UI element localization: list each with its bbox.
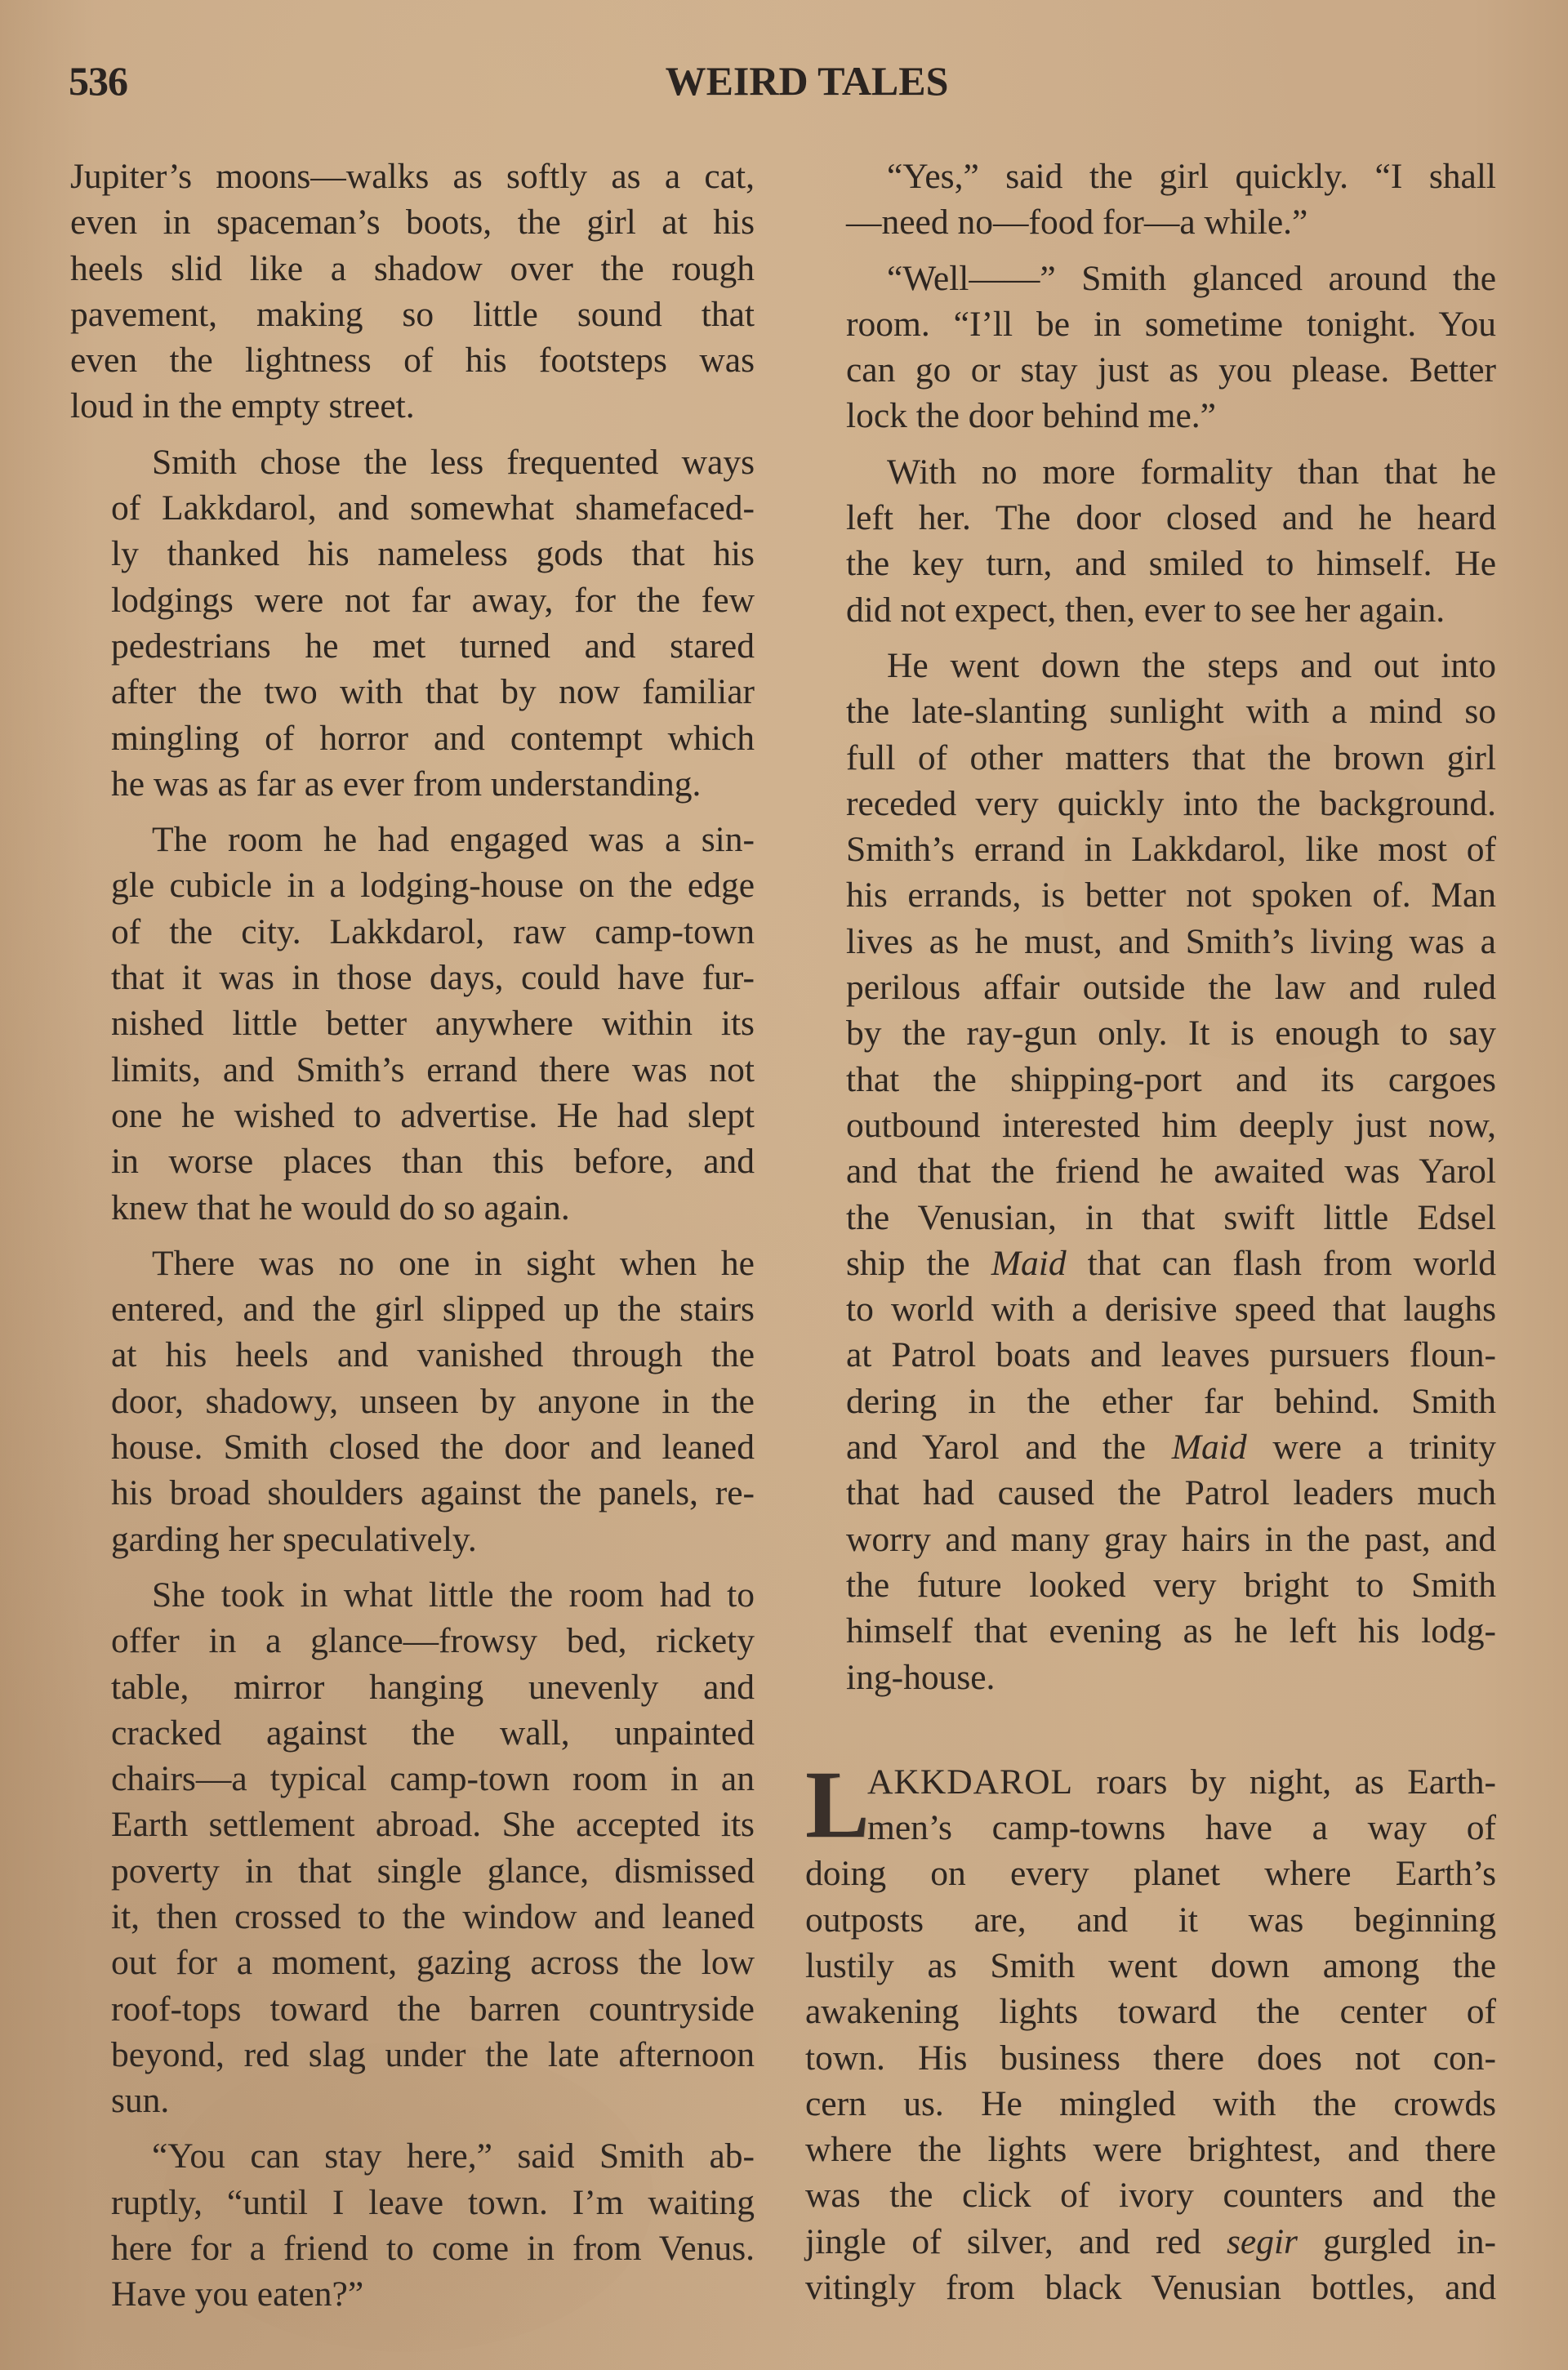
text-line: the key turn, and smiled to himself. He (805, 541, 1496, 586)
left-column: Jupiter’s moons—walks as softly as a cat… (70, 154, 755, 2328)
paragraph: Smith chose the less frequented ways of … (70, 439, 755, 807)
text-line: ly thanked his nameless gods that his (70, 531, 755, 577)
text-line: and Yarol and the Maid were a trinity (805, 1424, 1496, 1470)
text-line: “Well——” Smith glanced around the (805, 256, 1496, 301)
text-line: and that the friend he awaited was Yarol (805, 1148, 1496, 1194)
text-line: his broad shoulders against the panels, … (70, 1470, 755, 1516)
paragraph: With no more formality than that he left… (805, 449, 1496, 633)
ship-name-italic: Maid (1172, 1428, 1247, 1467)
text-line: nished little better anywhere within its (70, 1000, 755, 1046)
text-line: garding her speculatively. (70, 1517, 755, 1562)
small-caps-word: AKKDAROL (867, 1762, 1073, 1802)
text-line: There was no one in sight when he (70, 1241, 755, 1286)
text-segment: gurgled in- (1298, 2222, 1496, 2261)
text-line: that the shipping-port and its cargoes (805, 1057, 1496, 1103)
text-line: loud in the empty street. (70, 383, 755, 429)
text-line: With no more formality than that he (805, 449, 1496, 495)
text-line: out for a moment, gazing across the low (70, 1940, 755, 1985)
text-line: by the ray-gun only. It is enough to say (805, 1010, 1496, 1056)
text-line: ship the Maid that can flash from world (805, 1241, 1496, 1286)
text-line: door, shadowy, unseen by anyone in the (70, 1379, 755, 1424)
text-line: worry and many gray hairs in the past, a… (805, 1517, 1496, 1562)
text-line: one he wished to advertise. He had slept (70, 1093, 755, 1138)
section-opening-paragraph: L AKKDAROL roars by night, as Earth- men… (805, 1759, 1496, 2311)
text-line: offer in a glance—frowsy bed, rickety (70, 1618, 755, 1664)
text-line: cern us. He mingled with the crowds (805, 2081, 1496, 2127)
text-line: room. “I’ll be in sometime tonight. You (805, 301, 1496, 347)
text-line: here for a friend to come in from Venus. (70, 2225, 755, 2271)
text-line: ing-house. (805, 1655, 1496, 1700)
text-line: the Venusian, in that swift little Edsel (805, 1195, 1496, 1241)
text-line: limits, and Smith’s errand there was not (70, 1047, 755, 1093)
text-line: did not expect, then, ever to see her ag… (805, 587, 1496, 633)
text-line: perilous affair outside the law and rule… (805, 964, 1496, 1010)
text-line: the late-slanting sunlight with a mind s… (805, 688, 1496, 734)
text-line: it, then crossed to the window and leane… (70, 1894, 755, 1940)
text-line: dering in the ether far behind. Smith (805, 1379, 1496, 1424)
text-line: of Lakkdarol, and somewhat shamefaced- (70, 485, 755, 531)
paragraph: The room he had engaged was a sin- gle c… (70, 817, 755, 1231)
text-line: can go or stay just as you please. Bette… (805, 347, 1496, 393)
text-line: jingle of silver, and red segir gurgled … (805, 2219, 1496, 2265)
paragraph: She took in what little the room had to … (70, 1572, 755, 2124)
text-line: He went down the steps and out into (805, 643, 1496, 688)
section-break (805, 1710, 1496, 1759)
text-line: knew that he would do so again. (70, 1185, 755, 1231)
text-line: in worse places than this before, and (70, 1138, 755, 1184)
ship-name-italic: Maid (991, 1244, 1067, 1283)
text-line: chairs—a typical camp-town room in an (70, 1756, 755, 1802)
text-line: Have you eaten?” (70, 2271, 755, 2317)
text-line: doing on every planet where Earth’s (805, 1851, 1496, 1896)
text-line: pavement, making so little sound that (70, 292, 755, 337)
text-line: at Patrol boats and leaves pursuers flou… (805, 1332, 1496, 1378)
paragraph: “Yes,” said the girl quickly. “I shall —… (805, 154, 1496, 246)
text-line: Smith’s errand in Lakkdarol, like most o… (805, 826, 1496, 872)
text-line: table, mirror hanging unevenly and (70, 1664, 755, 1710)
text-line: Earth settlement abroad. She accepted it… (70, 1802, 755, 1847)
text-line: entered, and the girl slipped up the sta… (70, 1286, 755, 1332)
text-line: poverty in that single glance, dismissed (70, 1848, 755, 1894)
text-line: lives as he must, and Smith’s living was… (805, 919, 1496, 964)
text-line: vitingly from black Venusian bottles, an… (805, 2265, 1496, 2310)
text-line: that it was in those days, could have fu… (70, 955, 755, 1000)
paragraph: Jupiter’s moons—walks as softly as a cat… (70, 154, 755, 430)
text-line: full of other matters that the brown gir… (805, 735, 1496, 781)
text-segment: roars by night, as Earth- (1073, 1762, 1496, 1802)
text-line: Smith chose the less frequented ways (70, 439, 755, 485)
text-line: the future looked very bright to Smith (805, 1562, 1496, 1608)
text-line: lustily as Smith went down among the (805, 1943, 1496, 1989)
text-line: roof-tops toward the barren countryside (70, 1986, 755, 2032)
text-line: AKKDAROL roars by night, as Earth- (805, 1759, 1496, 1805)
right-column: “Yes,” said the girl quickly. “I shall —… (805, 154, 1496, 2320)
text-line: outposts are, and it was beginning (805, 1897, 1496, 1943)
text-line: cracked against the wall, unpainted (70, 1710, 755, 1756)
text-line: The room he had engaged was a sin- (70, 817, 755, 862)
text-line: himself that evening as he left his lodg… (805, 1608, 1496, 1654)
text-line: gle cubicle in a lodging-house on the ed… (70, 862, 755, 908)
text-line: town. His business there does not con- (805, 2035, 1496, 2081)
text-line: of the city. Lakkdarol, raw camp-town (70, 909, 755, 955)
text-line: his errands, is better not spoken of. Ma… (805, 872, 1496, 918)
text-segment: that can flash from world (1067, 1244, 1496, 1283)
text-line: —need no—food for—a while.” (805, 199, 1496, 245)
text-line: “You can stay here,” said Smith ab- (70, 2133, 755, 2179)
text-line: beyond, red slag under the late afternoo… (70, 2032, 755, 2078)
text-line: was the click of ivory counters and the (805, 2172, 1496, 2218)
text-line: where the lights were brightest, and the… (805, 2127, 1496, 2172)
text-segment: jingle of silver, and red (805, 2222, 1227, 2261)
text-line: pedestrians he met turned and stared (70, 623, 755, 669)
running-head: 536 WEIRD TALES (69, 57, 1499, 106)
text-line: sun. (70, 2078, 755, 2123)
text-line: men’s camp-towns have a way of (805, 1805, 1496, 1851)
text-segment: ship the (846, 1244, 991, 1283)
text-line: “Yes,” said the girl quickly. “I shall (805, 154, 1496, 199)
text-line: left her. The door closed and he heard (805, 495, 1496, 541)
text-segment: and Yarol and the (846, 1428, 1172, 1467)
magazine-page: 536 WEIRD TALES Jupiter’s moons—walks as… (0, 0, 1568, 2370)
paragraph: He went down the steps and out into the … (805, 643, 1496, 1700)
text-line: awakening lights toward the center of (805, 1989, 1496, 2034)
text-line: heels slid like a shadow over the rough (70, 246, 755, 292)
text-line: outbound interested him deeply just now, (805, 1103, 1496, 1148)
text-line: Jupiter’s moons—walks as softly as a cat… (70, 154, 755, 199)
paragraph: “Well——” Smith glanced around the room. … (805, 256, 1496, 439)
text-line: lodgings were not far away, for the few (70, 577, 755, 623)
segir-italic: segir (1227, 2222, 1298, 2261)
text-line: house. Smith closed the door and leaned (70, 1424, 755, 1470)
text-line: at his heels and vanished through the (70, 1332, 755, 1378)
magazine-title: WEIRD TALES (69, 57, 1499, 105)
text-line: he was as far as ever from understanding… (70, 761, 755, 807)
text-line: to world with a derisive speed that laug… (805, 1286, 1496, 1332)
text-line: She took in what little the room had to (70, 1572, 755, 1618)
paragraph: “You can stay here,” said Smith ab- rupt… (70, 2133, 755, 2317)
text-line: receded very quickly into the background… (805, 781, 1496, 826)
paragraph: There was no one in sight when he entere… (70, 1241, 755, 1562)
text-line: that had caused the Patrol leaders much (805, 1470, 1496, 1516)
text-line: even in spaceman’s boots, the girl at hi… (70, 199, 755, 245)
text-line: even the lightness of his footsteps was (70, 337, 755, 383)
text-segment: were a trinity (1247, 1428, 1496, 1467)
text-line: after the two with that by now familiar (70, 669, 755, 715)
drop-cap: L (805, 1762, 870, 1847)
text-line: mingling of horror and contempt which (70, 715, 755, 761)
text-line: lock the door behind me.” (805, 393, 1496, 439)
text-line: ruptly, “until I leave town. I’m waiting (70, 2180, 755, 2225)
